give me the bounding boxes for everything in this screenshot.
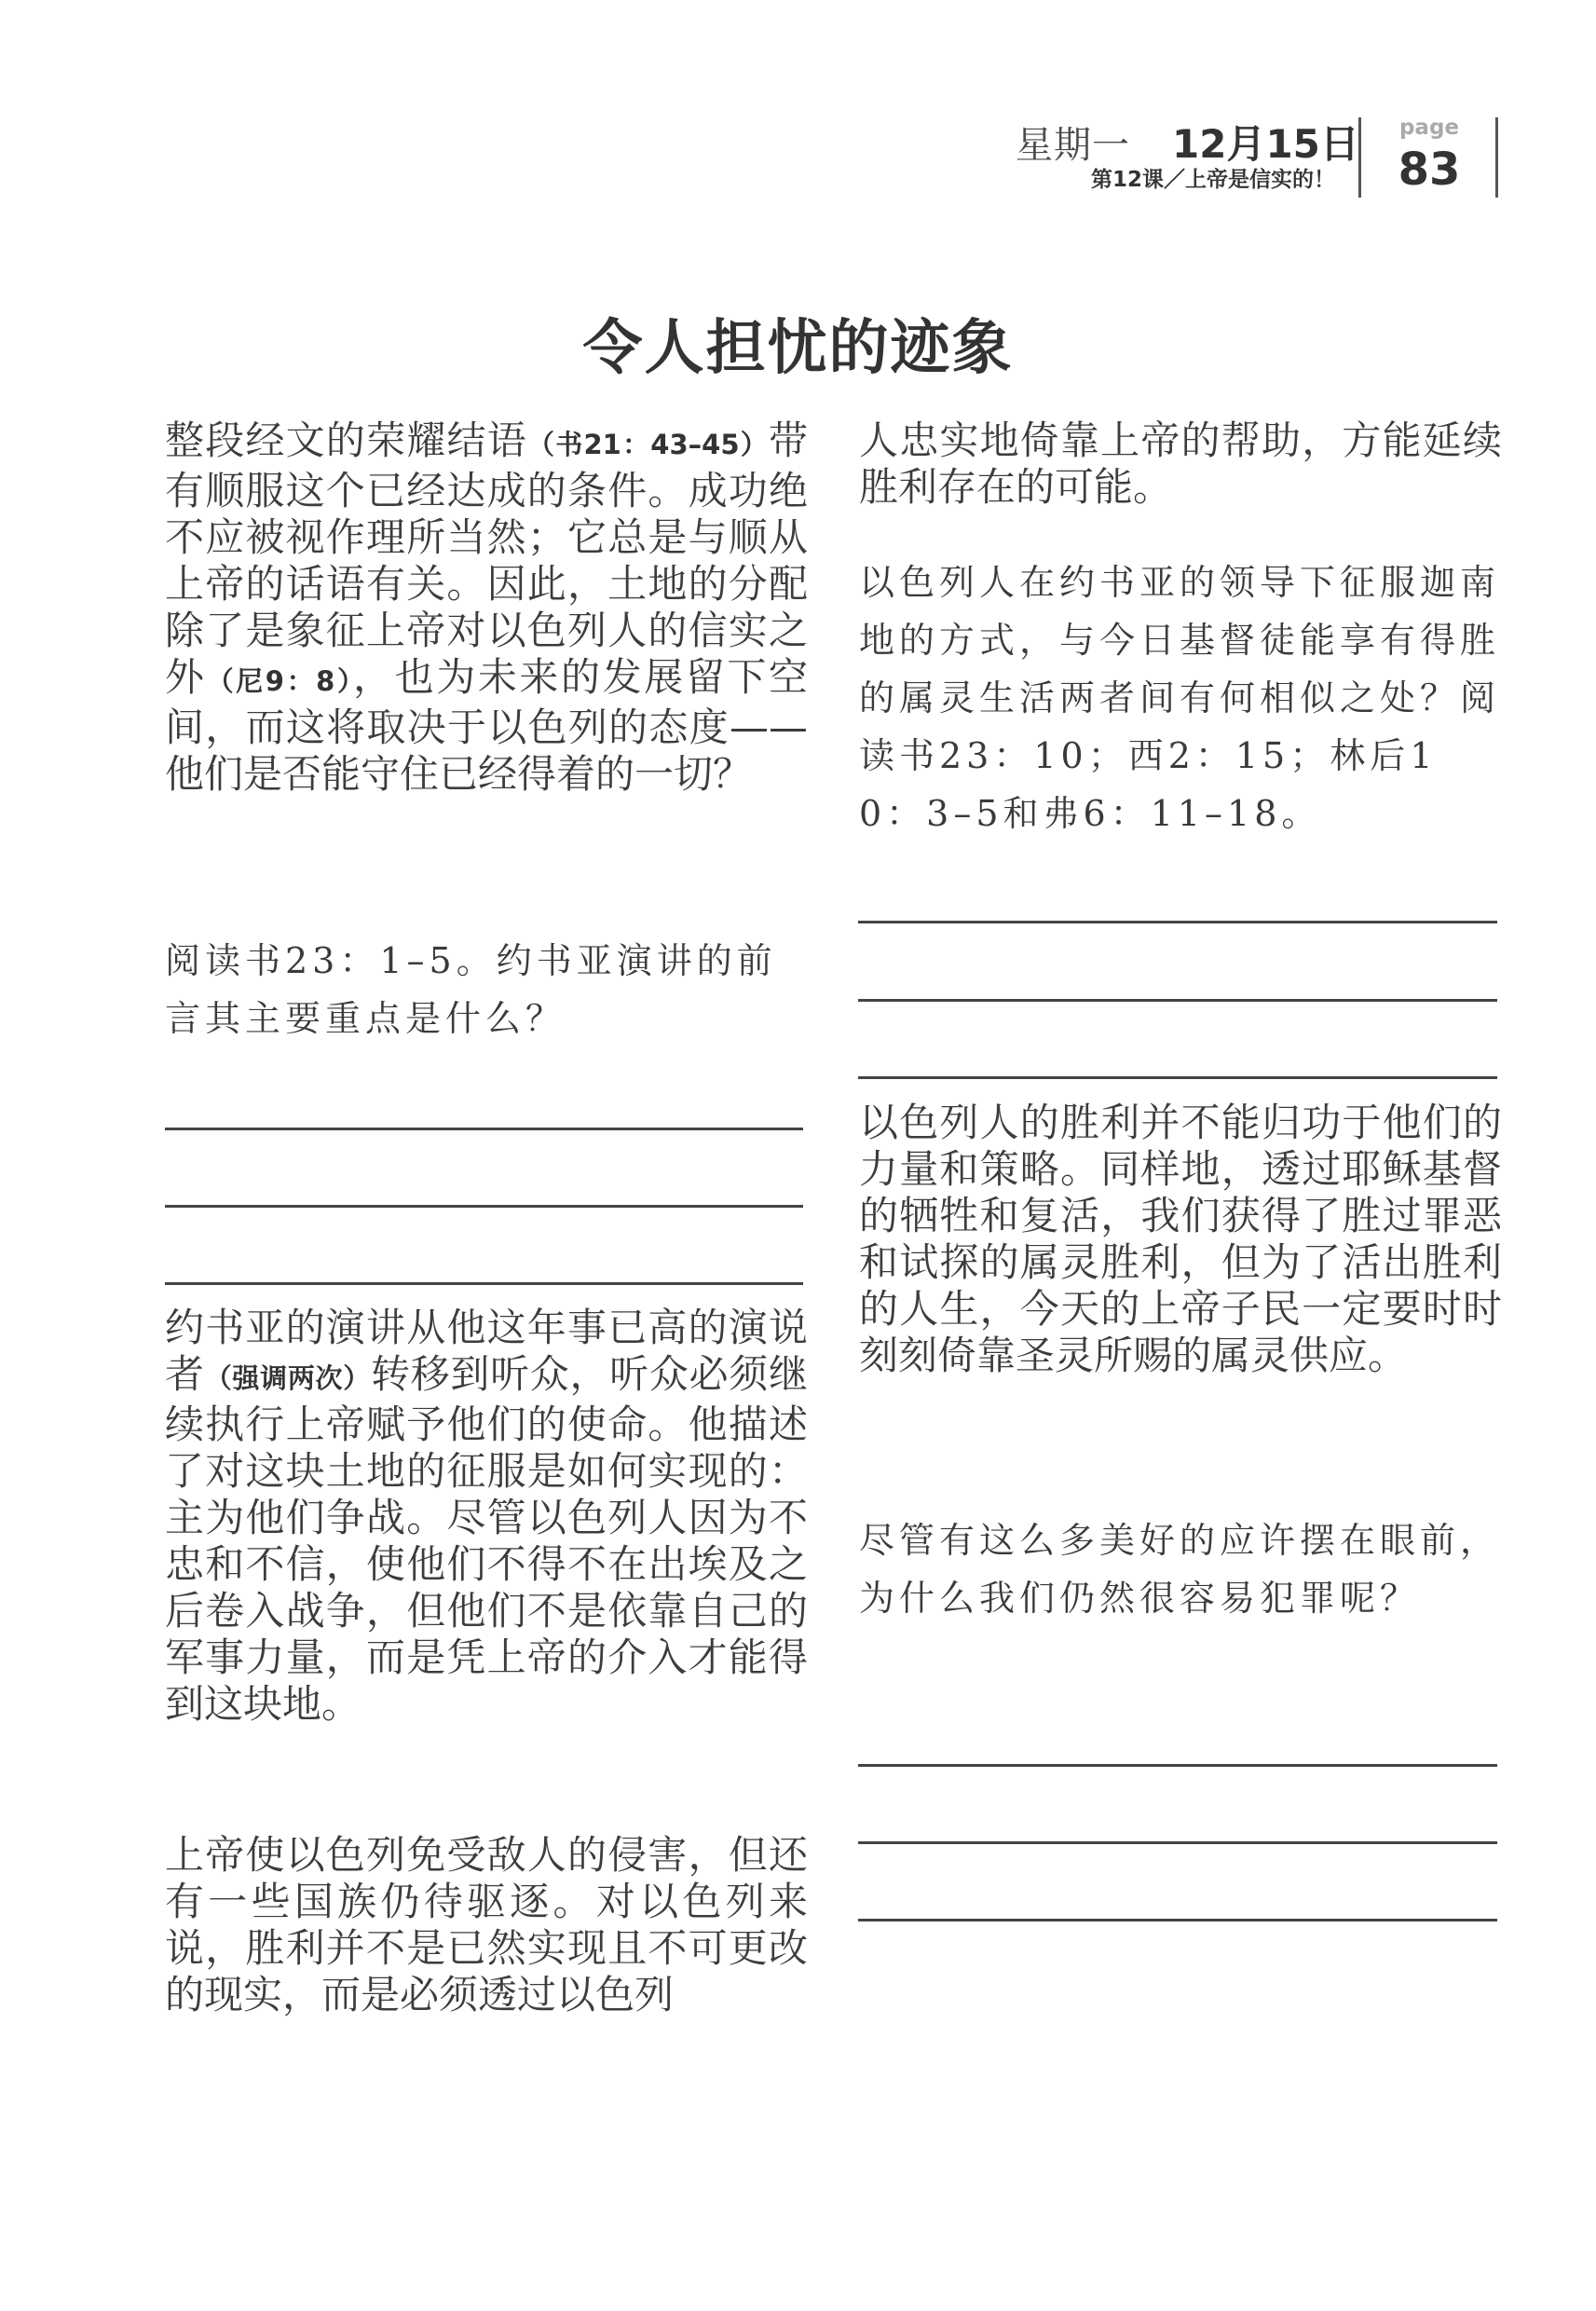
paragraph-speech: 约书亚的演讲从他这年事已高的演说者（强调两次）转移到听众，听众必须继续执行上帝赋… [165, 1305, 808, 1728]
study-question-2: 以色列人在约书亚的领导下征服迦南地的方式，与今日基督徒能享有得胜的属灵生活两者间… [859, 554, 1502, 842]
paragraph-intro: 整段经文的荣耀结语（书21：43–45）带有顺服这个已经达成的条件。成功绝不应被… [165, 417, 808, 798]
study-question-1: 阅读书23：1–5。约书亚演讲的前言其主要重点是什么？ [165, 932, 808, 1047]
paragraph-continuation: 人忠实地倚靠上帝的帮助，方能延续胜利存在的可能。 [859, 417, 1502, 511]
answer-line[interactable] [165, 1282, 803, 1285]
paragraph-text: 上帝使以色列免受敌人的侵害，但还有一些国族仍待驱逐。对以色列来说，胜利并不是已然… [165, 1832, 808, 2018]
page-label: page [1364, 116, 1494, 140]
answer-line[interactable] [165, 1128, 803, 1130]
paragraph-text: 以色列人的胜利并不能归功于他们的力量和策略。同样地，透过耶稣基督的牺牲和复活，我… [859, 1100, 1502, 1379]
question-text: 尽管有这么多美好的应许摆在眼前，为什么我们仍然很容易犯罪呢？ [859, 1511, 1502, 1627]
answer-line[interactable] [858, 1764, 1497, 1767]
question-text: 以色列人在约书亚的领导下征服迦南地的方式，与今日基督徒能享有得胜的属灵生活两者间… [859, 554, 1502, 842]
answer-line[interactable] [858, 1919, 1497, 1921]
header-divider-right [1495, 117, 1498, 198]
paragraph-text: 转移到听众，听众必须继续执行上帝赋予他们的使命。他描述了对这块土地的征服是如何实… [165, 1351, 808, 1727]
header-weekday: 星期一 [1016, 116, 1130, 169]
scripture-reference: （尼9：8） [207, 665, 353, 697]
answer-line[interactable] [858, 1076, 1497, 1079]
scripture-reference: （书21：43–45） [527, 429, 769, 460]
question-text: 阅读书23：1–5。约书亚演讲的前言其主要重点是什么？ [165, 932, 808, 1047]
header-date: 12月15日 [1172, 114, 1359, 170]
paragraph-spiritual-victory: 以色列人的胜利并不能归功于他们的力量和策略。同样地，透过耶稣基督的牺牲和复活，我… [859, 1100, 1502, 1379]
answer-line[interactable] [858, 921, 1497, 923]
study-question-3: 尽管有这么多美好的应许摆在眼前，为什么我们仍然很容易犯罪呢？ [859, 1511, 1502, 1627]
answer-line[interactable] [858, 1841, 1497, 1844]
answer-line[interactable] [858, 999, 1497, 1002]
page-title: 令人担忧的迹象 [0, 300, 1596, 386]
header-lesson-title: 第12课／上帝是信实的！ [1091, 162, 1335, 193]
paragraph-text: 整段经文的荣耀结语 [165, 417, 527, 463]
emphasis-note: （强调两次） [205, 1362, 371, 1394]
answer-line[interactable] [165, 1205, 803, 1208]
page-number: 83 [1364, 144, 1494, 196]
paragraph-text: 人忠实地倚靠上帝的帮助，方能延续胜利存在的可能。 [859, 417, 1502, 511]
paragraph-victory: 上帝使以色列免受敌人的侵害，但还有一些国族仍待驱逐。对以色列来说，胜利并不是已然… [165, 1832, 808, 2018]
header-divider-left [1358, 117, 1361, 198]
